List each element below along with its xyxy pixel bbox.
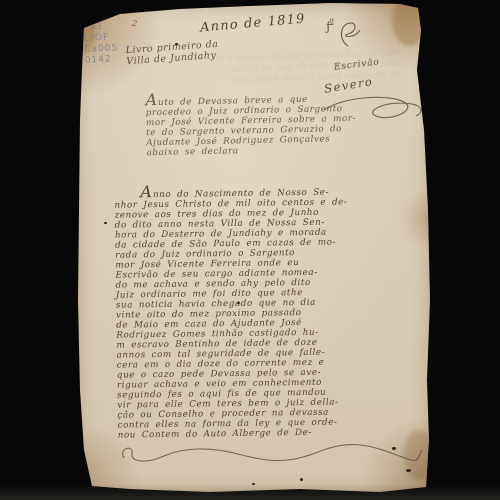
paper-speck [300, 478, 303, 481]
paraph-flourish [324, 20, 364, 50]
closing-flourish [116, 438, 426, 470]
act-title-paragraph: Auto de Devassa breve a que procedeo o J… [145, 91, 357, 158]
manuscript-page: nhor Jesus Christo de mil oito centos e … [74, 0, 434, 497]
archival-note-line: 0142 [85, 54, 120, 67]
archival-reference-note: T33 LºOF Ca005 0142 [83, 21, 119, 67]
paper-speck [104, 222, 107, 224]
paper-speck [252, 483, 255, 485]
act-body-paragraph: Anno do Nascimento de Nosso Se- nhor Jes… [114, 184, 350, 440]
photograph-of-manuscript: nhor Jesus Christo de mil oito centos e … [0, 0, 500, 500]
corner-stain [392, 0, 426, 46]
